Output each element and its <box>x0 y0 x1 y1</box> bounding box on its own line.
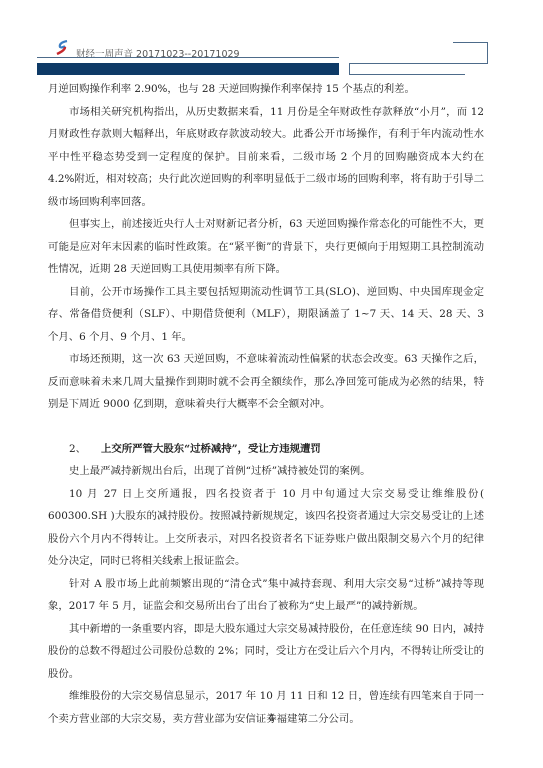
section-heading: 2、 上交所严管大股东“过桥减持”，受让方违规遭罚 <box>48 438 484 461</box>
paragraph: 目前，公开市场操作工具主要包括短期流动性调节工具(SLO)、逆回购、中央国库现金… <box>48 281 484 349</box>
section-title: 上交所严管大股东“过桥减持”，受让方违规遭罚 <box>101 438 321 461</box>
bracket-mid <box>349 63 488 64</box>
paragraph: 10 月 27 日上交所通报，四名投资者于 10 月中旬通过大宗交易受让维维股份… <box>48 483 484 573</box>
bracket-right <box>487 42 488 64</box>
page-header: 财经一周声音 20171023--20171029 <box>0 0 543 80</box>
header-rule <box>37 57 339 58</box>
bracket-top <box>453 42 488 43</box>
paragraph: 其中新增的一条重要内容，即是大股东通过大宗交易减持股份，在任意连续 90 日内，… <box>48 618 484 686</box>
article-body: 月逆回购操作利率 2.90%，也与 28 天逆回购操作利率保持 15 个基点的利… <box>48 78 484 730</box>
paragraph: 针对 A 股市场上此前频繁出现的“清仓式”集中减持套现、利用大宗交易“过桥”减持… <box>48 573 484 618</box>
bracket-bottom <box>349 74 465 75</box>
paragraph: 市场还预期，这一次 63 天逆回购，不意味着流动性偏紧的状态会改变。63 天操作… <box>48 348 484 416</box>
paragraph: 月逆回购操作利率 2.90%，也与 28 天逆回购操作利率保持 15 个基点的利… <box>48 78 484 101</box>
header-bar <box>37 63 339 75</box>
paragraph: 史上最严减持新规出台后，出现了首例“过桥”减持被处罚的案例。 <box>48 460 484 483</box>
page-number: 4 <box>0 714 543 724</box>
paragraph: 但事实上，前述接近央行人士对财新记者分析，63 天逆回购操作常态化的可能性不大，… <box>48 213 484 281</box>
bracket-left <box>349 63 350 74</box>
stripe-s-logo-icon <box>56 40 68 55</box>
section-number: 2、 <box>69 438 101 461</box>
paragraph: 市场相关研究机构指出，从历史数据来看，11 月份是全年财政性存款释放“小月”，而… <box>48 101 484 214</box>
